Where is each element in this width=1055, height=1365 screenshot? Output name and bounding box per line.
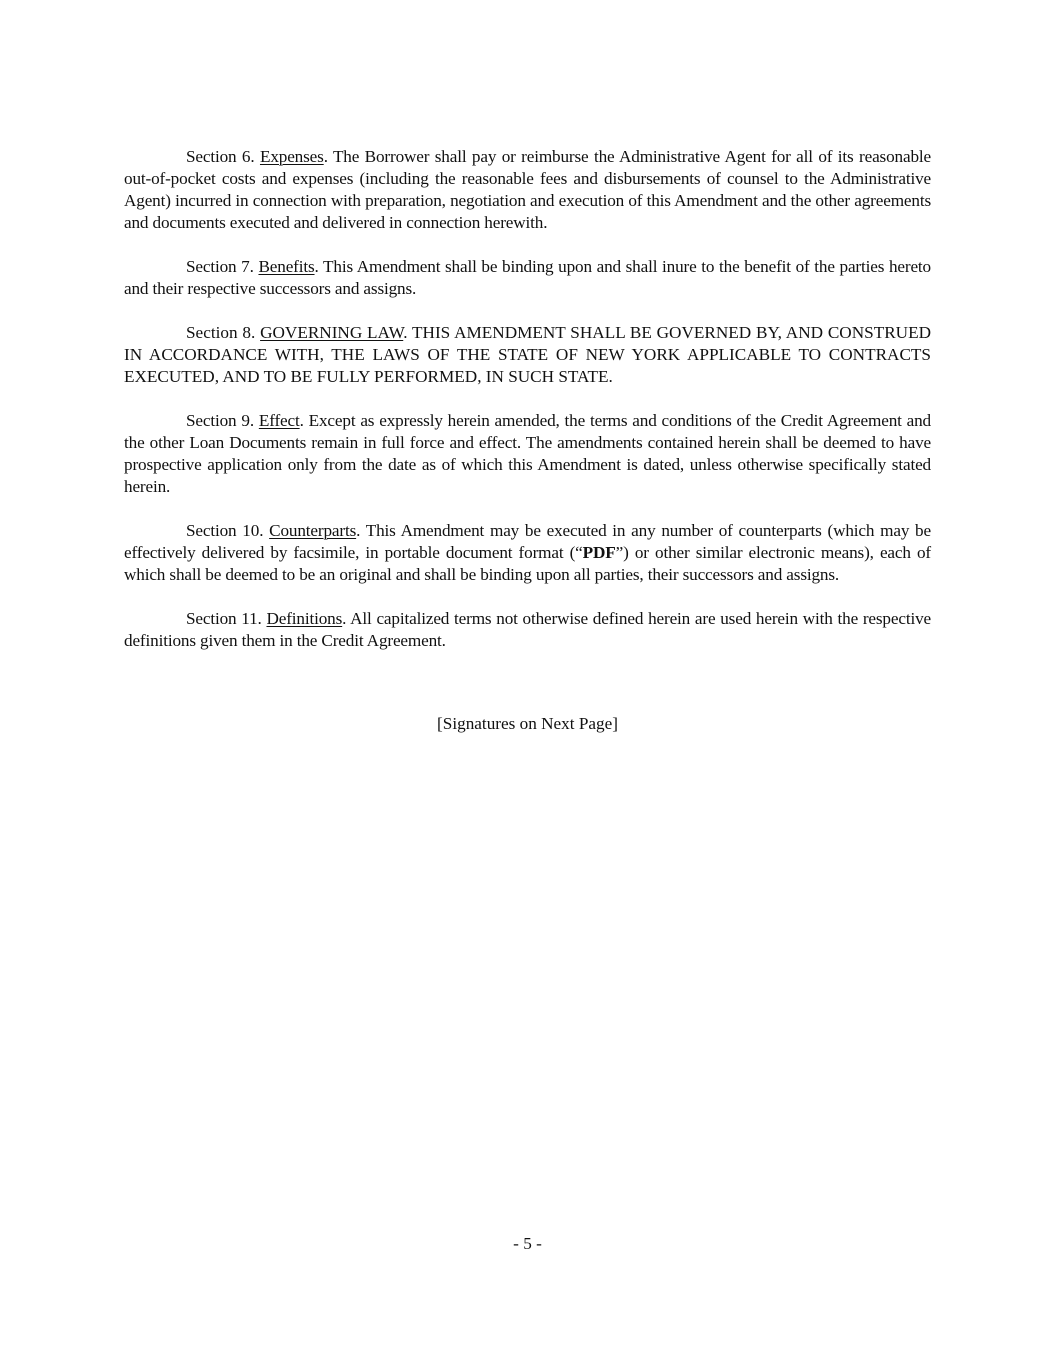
section-7-benefits: Section 7. Benefits. This Amendment shal… <box>124 256 931 300</box>
section-8-governing-law: Section 8. GOVERNING LAW. THIS AMENDMENT… <box>124 322 931 388</box>
signature-page-note: [Signatures on Next Page] <box>0 713 1055 735</box>
section-heading: Effect <box>259 411 300 430</box>
section-10-counterparts: Section 10. Counterparts. This Amendment… <box>124 520 931 586</box>
page-number: - 5 - <box>0 1233 1055 1255</box>
section-number: Section 8. <box>186 323 260 342</box>
section-heading: Counterparts <box>269 521 356 540</box>
section-number: Section 7. <box>186 257 258 276</box>
section-heading: Expenses <box>260 147 324 166</box>
section-heading: Definitions <box>266 609 342 628</box>
section-6-expenses: Section 6. Expenses. The Borrower shall … <box>124 146 931 234</box>
section-heading: GOVERNING LAW <box>260 323 403 342</box>
section-number: Section 9. <box>186 411 259 430</box>
section-heading: Benefits <box>258 257 314 276</box>
section-9-effect: Section 9. Effect. Except as expressly h… <box>124 410 931 498</box>
section-number: Section 6. <box>186 147 260 166</box>
defined-term-pdf: PDF <box>583 543 616 562</box>
section-number: Section 10. <box>186 521 269 540</box>
section-11-definitions: Section 11. Definitions. All capitalized… <box>124 608 931 652</box>
section-number: Section 11. <box>186 609 266 628</box>
document-page: Section 6. Expenses. The Borrower shall … <box>124 146 931 674</box>
